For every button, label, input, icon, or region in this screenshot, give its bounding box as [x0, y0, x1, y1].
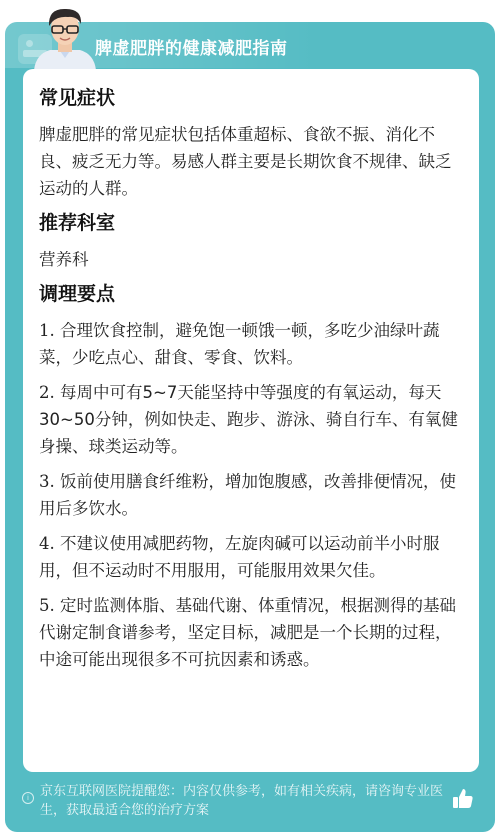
section-title-tips: 调理要点 — [39, 279, 462, 309]
tip-number: 1. — [39, 321, 55, 340]
section-title-symptoms: 常见症状 — [39, 83, 462, 113]
tip-item: 3. 饭前使用膳食纤维粉，增加饱腹感，改善排便情况，使用后多饮水。 — [39, 468, 462, 522]
tip-item: 1. 合理饮食控制，避免饱一顿饿一顿，多吃少油绿叶蔬菜，少吃点心、甜食、零食、饮… — [39, 317, 462, 371]
tip-number: 5. — [39, 596, 55, 615]
symptoms-text: 脾虚肥胖的常见症状包括体重超标、食欲不振、消化不良、疲乏无力等。易感人群主要是长… — [39, 121, 462, 202]
tip-item: 5. 定时监测体脂、基础代谢、体重情况，根据测得的基础代谢定制食谱参考，坚定目标… — [39, 592, 462, 673]
content-panel: 常见症状 脾虚肥胖的常见症状包括体重超标、食欲不振、消化不良、疲乏无力等。易感人… — [23, 69, 479, 772]
doctor-avatar — [30, 4, 100, 70]
info-circle-icon: i — [22, 792, 34, 804]
department-text: 营养科 — [39, 246, 462, 273]
tip-number: 2. — [39, 383, 55, 402]
tip-text: 合理饮食控制，避免饱一顿饿一顿，多吃少油绿叶蔬菜，少吃点心、甜食、零食、饮料。 — [39, 321, 440, 367]
tip-text: 饭前使用膳食纤维粉，增加饱腹感，改善排便情况，使用后多饮水。 — [39, 472, 456, 518]
tip-text: 不建议使用减肥药物，左旋肉碱可以运动前半小时服用，但不运动时不用服用，可能服用效… — [39, 534, 440, 580]
tip-item: 4. 不建议使用减肥药物，左旋肉碱可以运动前半小时服用，但不运动时不用服用，可能… — [39, 530, 462, 584]
tip-number: 3. — [39, 472, 55, 491]
disclaimer-text: 京东互联网医院提醒您：内容仅供参考，如有相关疾病，请咨询专业医生，获取最适合您的… — [40, 782, 458, 820]
tip-text: 定时监测体脂、基础代谢、体重情况，根据测得的基础代谢定制食谱参考，坚定目标，减肥… — [39, 596, 456, 669]
tip-number: 4. — [39, 534, 55, 553]
thumbs-up-icon[interactable] — [452, 787, 474, 809]
tip-text: 每周中可有5~7天能坚持中等强度的有氧运动，每天30~50分钟，例如快走、跑步、… — [39, 383, 458, 456]
section-title-department: 推荐科室 — [39, 208, 462, 238]
tip-item: 2. 每周中可有5~7天能坚持中等强度的有氧运动，每天30~50分钟，例如快走、… — [39, 379, 462, 460]
page-title: 脾虚肥胖的健康减肥指南 — [95, 34, 288, 59]
